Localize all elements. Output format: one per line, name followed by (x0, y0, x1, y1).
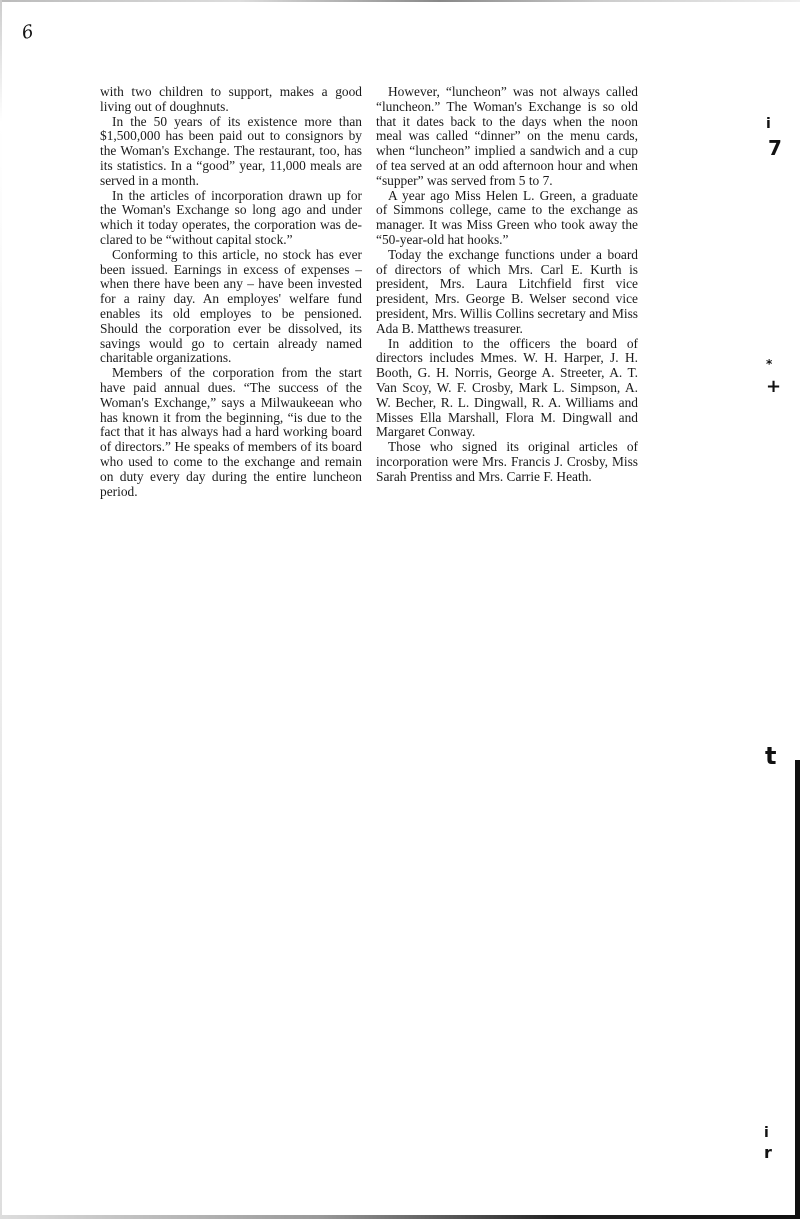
paragraph: with two children to support, makes a go… (100, 85, 362, 115)
margin-mark: + (766, 376, 781, 397)
paragraph: However, “luncheon” was not al­ways call… (376, 85, 638, 189)
paragraph: Today the exchange functions un­der a bo… (376, 248, 638, 337)
margin-mark: * (766, 357, 772, 371)
article-column-right: However, “luncheon” was not al­ways call… (376, 85, 638, 485)
scan-edge-left (0, 0, 2, 1219)
handwritten-page-number: 6 (20, 21, 36, 44)
paragraph: Conforming to this article, no stock has… (100, 248, 362, 366)
scan-edge-bottom (0, 1215, 800, 1219)
margin-mark: i (764, 1125, 769, 1141)
margin-mark: t (765, 742, 776, 770)
paragraph: A year ago Miss Helen L. Green, a gradua… (376, 189, 638, 248)
scan-edge-top (0, 0, 800, 2)
scanned-newspaper-page: 6 with two children to support, makes a … (0, 0, 800, 1219)
paragraph: In the 50 years of its existence more th… (100, 115, 362, 189)
scan-edge-right (795, 760, 800, 1219)
article-column-left: with two children to support, makes a go… (100, 85, 362, 499)
paragraph: Members of the corporation from the star… (100, 366, 362, 499)
paragraph: Those who signed its original arti­cles … (376, 440, 638, 484)
paragraph: In the articles of incorporation drawn u… (100, 189, 362, 248)
margin-mark: r (764, 1143, 772, 1162)
margin-mark: 7 (768, 136, 782, 160)
paragraph: In addition to the officers the board of… (376, 337, 638, 441)
margin-mark: i (766, 116, 771, 132)
